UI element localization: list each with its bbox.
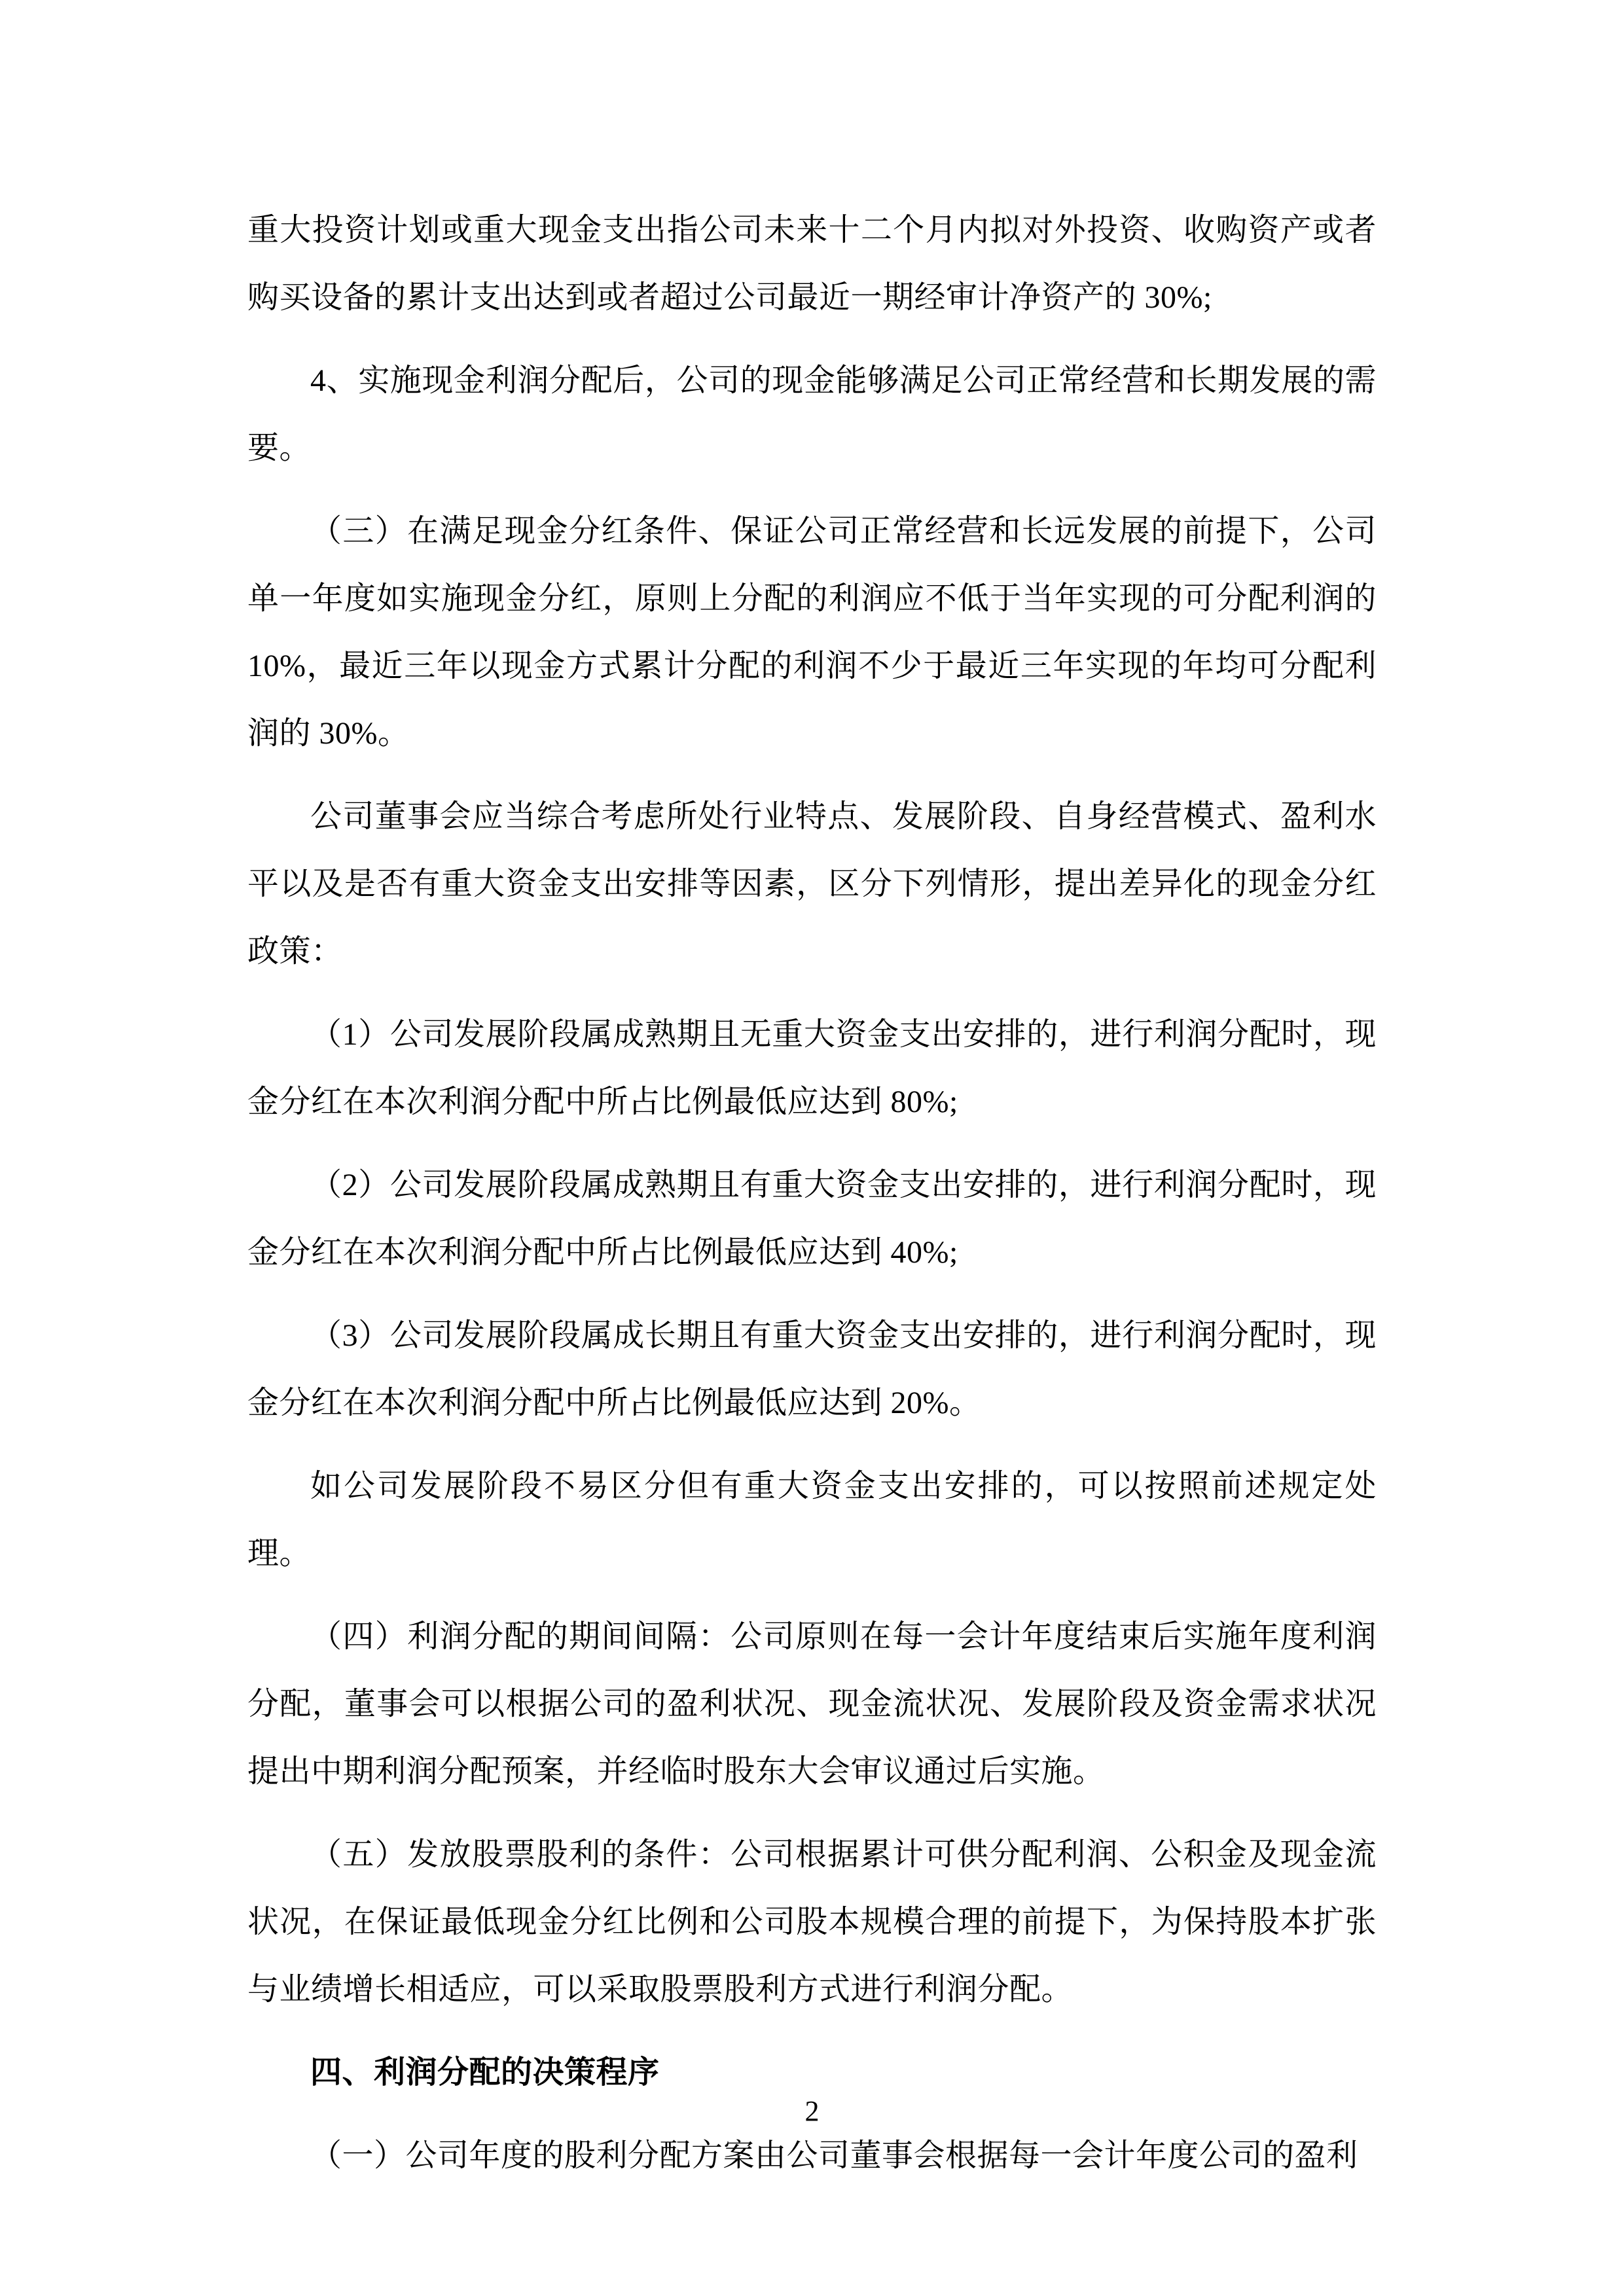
document-page: 重大投资计划或重大现金支出指公司未来十二个月内拟对外投资、收购资产或者购买设备的…: [0, 0, 1624, 2296]
paragraph: （一）公司年度的股利分配方案由公司董事会根据每一会计年度公司的盈利: [247, 2122, 1377, 2189]
paragraph: 公司董事会应当综合考虑所处行业特点、发展阶段、自身经营模式、盈利水平以及是否有重…: [247, 783, 1377, 985]
page-number: 2: [0, 2092, 1624, 2131]
paragraph: （四）利润分配的期间间隔：公司原则在每一会计年度结束后实施年度利润分配，董事会可…: [247, 1603, 1377, 1805]
paragraph: 如公司发展阶段不易区分但有重大资金支出安排的，可以按照前述规定处理。: [247, 1452, 1377, 1587]
paragraph: （2）公司发展阶段属成熟期且有重大资金支出安排的，进行利润分配时，现金分红在本次…: [247, 1151, 1377, 1286]
paragraph: 4、实施现金利润分配后，公司的现金能够满足公司正常经营和长期发展的需要。: [247, 347, 1377, 482]
paragraph: （五）发放股票股利的条件：公司根据累计可供分配利润、公积金及现金流状况，在保证最…: [247, 1821, 1377, 2023]
document-body: 重大投资计划或重大现金支出指公司未来十二个月内拟对外投资、收购资产或者购买设备的…: [247, 196, 1377, 2189]
paragraph: （1）公司发展阶段属成熟期且无重大资金支出安排的，进行利润分配时，现金分红在本次…: [247, 1001, 1377, 1136]
paragraph: （三）在满足现金分红条件、保证公司正常经营和长远发展的前提下，公司单一年度如实施…: [247, 497, 1377, 767]
paragraph: （3）公司发展阶段属成长期且有重大资金支出安排的，进行利润分配时，现金分红在本次…: [247, 1302, 1377, 1437]
paragraph: 重大投资计划或重大现金支出指公司未来十二个月内拟对外投资、收购资产或者购买设备的…: [247, 196, 1377, 331]
